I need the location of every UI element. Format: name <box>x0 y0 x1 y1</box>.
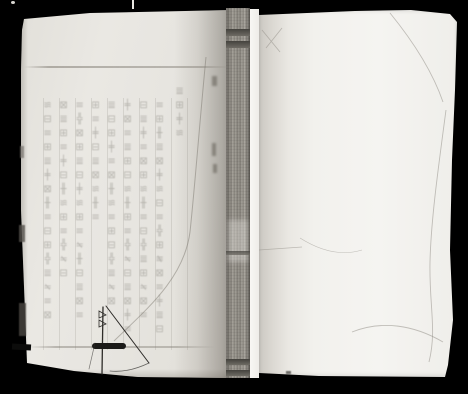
top-edge-tick <box>132 0 134 9</box>
text-column: ≡╬⊠⊞≣⊟╪≋⊞≡≠╫⊟≣⊠≡ <box>72 100 88 324</box>
right-page <box>259 10 457 378</box>
edge-mark <box>19 225 25 242</box>
text-column: ╪⊠≡≣⊞⊟≋╫⊞≡╬≠⊟≣⊠╪≡ <box>120 100 136 338</box>
book-photograph: ≣⊞╪≋ ≡⊞╫≣⊠╪≋⊟≡╬⊞≢⊠≡╪≣⊟ ⊟≣╪≡⊠⊞≋╫≡⊟╬≣⊞≠⊠≡ … <box>0 0 468 394</box>
text-column: ≣⊟⊞╪≡⊠╫≋≡⊞⊟╬≣≠⊠ <box>104 100 120 310</box>
gutter-smudge <box>213 164 217 173</box>
spine-highlight <box>228 220 248 262</box>
white-speck <box>11 1 15 4</box>
crease-line <box>24 66 230 68</box>
gutter-smudge <box>212 143 216 156</box>
showthrough-text-block: ≡⊞╫≣⊠╪≋⊟≡╬⊞≢⊠≡╪≣⊟ ⊟≣╪≡⊠⊞≋╫≡⊟╬≣⊞≠⊠≡ ╪⊠≡≣⊞… <box>40 100 168 350</box>
crease-line <box>28 346 214 348</box>
stitch-band <box>226 251 250 255</box>
edge-mark <box>19 303 26 336</box>
text-column: ⊞≡╪⊟≣⊠≋╫≡ <box>88 100 104 226</box>
edge-mark <box>12 344 31 351</box>
text-column: ≋⊟≡⊞≣╪⊠╫≡⊟⊞╬≣≠≡⊠ <box>40 100 56 324</box>
edge-mark <box>20 146 24 158</box>
gutter-smudge <box>212 76 217 86</box>
stitch-band <box>226 29 250 36</box>
text-column: ⊠≣⊞≡╪⊟╫≋⊞≡╬≠⊟ <box>56 100 72 282</box>
text-column: ⊟≣╪≡⊠⊞≋╫≡⊟╬≣⊞≠⊠≡ <box>136 100 152 324</box>
book-spine <box>226 8 250 378</box>
stitch-band <box>226 41 250 48</box>
text-column: ≡⊞╫≣⊠╪≋⊟≡╬⊞≢⊠≡╪≣⊟ <box>152 100 168 338</box>
stitch-band <box>226 359 250 365</box>
dark-speck <box>286 371 291 374</box>
stitch-band <box>226 370 250 376</box>
fold-highlight <box>250 9 259 378</box>
